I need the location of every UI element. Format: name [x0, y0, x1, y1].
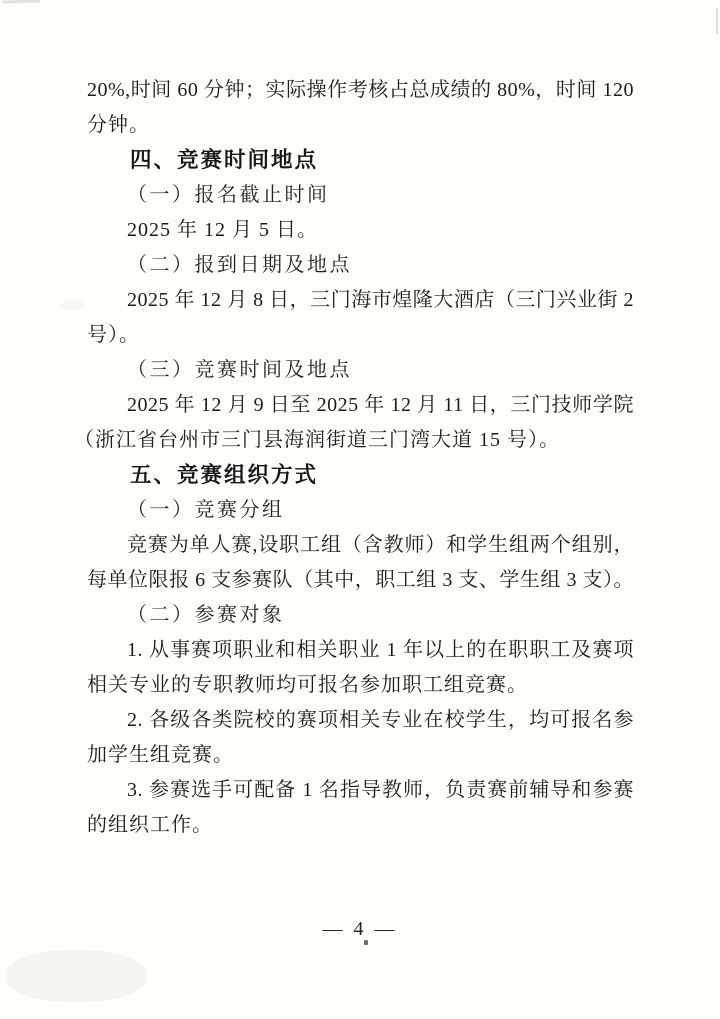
scan-artifact	[2, 0, 40, 4]
heading-line: 五、竞赛组织方式	[87, 458, 634, 493]
subheading-line: （三）竞赛时间及地点	[87, 353, 634, 388]
text-line: 的组织工作。	[87, 808, 634, 843]
paragraph: 竞赛为单人赛,设职工组（含教师）和学生组两个组别， 每单位限报 6 支参赛队（其…	[87, 528, 634, 598]
paragraph: 20%,时间 60 分钟；实际操作考核占总成绩的 80%，时间 120 分钟。	[87, 73, 634, 143]
scan-artifact	[6, 950, 146, 1002]
scan-artifact	[60, 300, 86, 310]
subheading-line: （二）报到日期及地点	[87, 248, 634, 283]
subsection-heading: （一）报名截止时间	[87, 178, 634, 213]
text-line: 2025 年 12 月 9 日至 2025 年 12 月 11 日，三门技师学院	[87, 388, 634, 423]
paragraph: 2025 年 12 月 8 日，三门海市煌隆大酒店（三门兴业街 2 号）。	[87, 283, 634, 353]
subsection-heading: （一）竞赛分组	[87, 493, 634, 528]
page-number: — 4 —	[0, 914, 720, 944]
subheading-line: （一）竞赛分组	[87, 493, 634, 528]
text-line: 加学生组竞赛。	[87, 738, 634, 773]
document-body: 20%,时间 60 分钟；实际操作考核占总成绩的 80%，时间 120 分钟。 …	[87, 73, 634, 843]
subheading-line: （二）参赛对象	[87, 598, 634, 633]
paragraph: 1. 从事赛项职业和相关职业 1 年以上的在职职工及赛项 相关专业的专职教师均可…	[87, 633, 634, 703]
text-line: （浙江省台州市三门县海润街道三门湾大道 15 号）。	[74, 423, 634, 458]
subheading-line: （一）报名截止时间	[87, 178, 634, 213]
paragraph: 2025 年 12 月 5 日。	[87, 213, 634, 248]
section-heading: 五、竞赛组织方式	[87, 458, 634, 493]
subsection-heading: （二）报到日期及地点	[87, 248, 634, 283]
paragraph: 3. 参赛选手可配备 1 名指导教师，负责赛前辅导和参赛 的组织工作。	[87, 773, 634, 843]
text-line: 2025 年 12 月 8 日，三门海市煌隆大酒店（三门兴业街 2	[87, 283, 634, 318]
paragraph: 2. 各级各类院校的赛项相关专业在校学生，均可报名参 加学生组竞赛。	[87, 703, 634, 773]
heading-line: 四、竞赛时间地点	[87, 143, 634, 178]
text-line: 3. 参赛选手可配备 1 名指导教师，负责赛前辅导和参赛	[87, 773, 634, 808]
subsection-heading: （二）参赛对象	[87, 598, 634, 633]
text-line: 2025 年 12 月 5 日。	[87, 213, 634, 248]
text-line: 相关专业的专职教师均可报名参加职工组竞赛。	[87, 668, 634, 703]
text-line: 分钟。	[87, 108, 634, 143]
text-line: 20%,时间 60 分钟；实际操作考核占总成绩的 80%，时间 120	[87, 73, 634, 108]
subsection-heading: （三）竞赛时间及地点	[87, 353, 634, 388]
document-page: 20%,时间 60 分钟；实际操作考核占总成绩的 80%，时间 120 分钟。 …	[0, 0, 720, 1019]
scan-artifact	[716, 8, 718, 34]
text-line: 号）。	[87, 318, 634, 353]
text-line: 1. 从事赛项职业和相关职业 1 年以上的在职职工及赛项	[87, 633, 634, 668]
paragraph: 2025 年 12 月 9 日至 2025 年 12 月 11 日，三门技师学院…	[87, 388, 634, 458]
text-line: 竞赛为单人赛,设职工组（含教师）和学生组两个组别，	[87, 528, 634, 563]
text-line: 2. 各级各类院校的赛项相关专业在校学生，均可报名参	[87, 703, 634, 738]
text-line: 每单位限报 6 支参赛队（其中，职工组 3 支、学生组 3 支）。	[87, 563, 634, 598]
section-heading: 四、竞赛时间地点	[87, 143, 634, 178]
